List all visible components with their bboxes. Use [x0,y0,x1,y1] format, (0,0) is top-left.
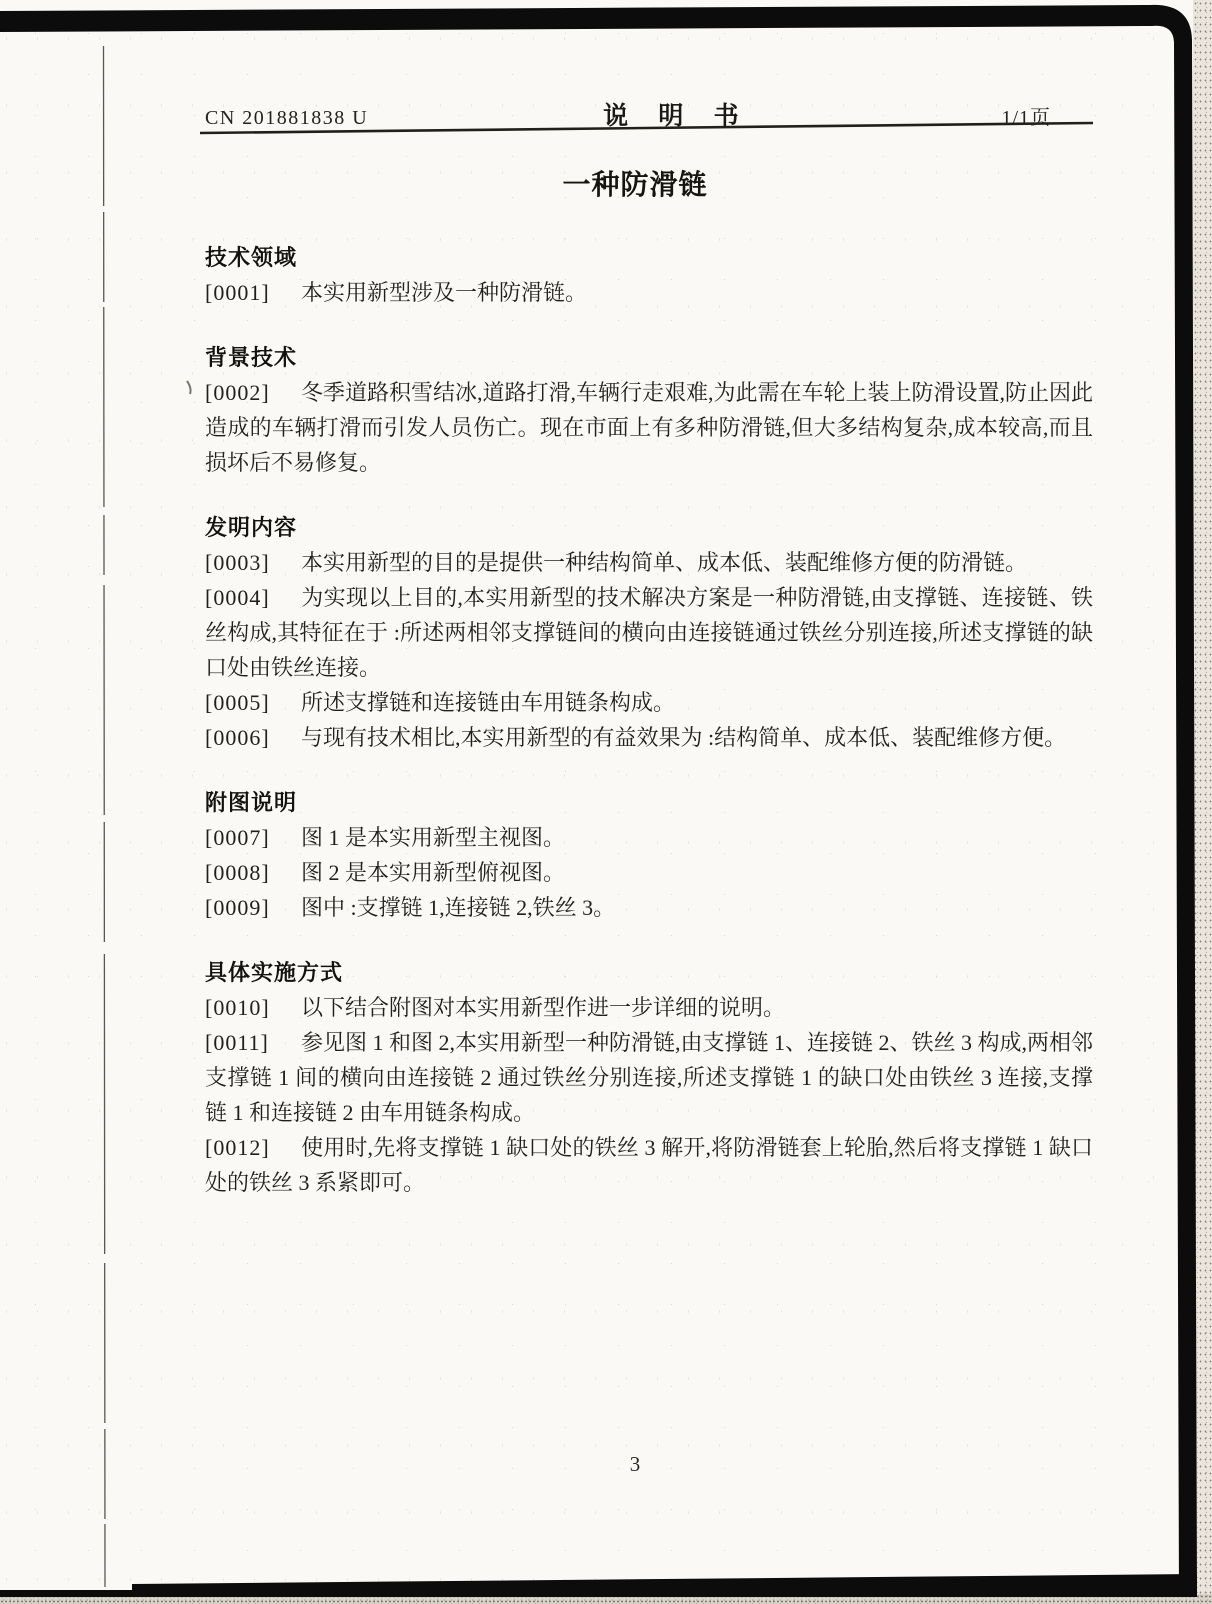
paragraph-text: 参见图 1 和图 2,本实用新型一种防滑链,由支撑链 1、连接链 2、铁丝 3 … [205,1030,1093,1125]
scanner-background-right [1193,0,1212,1604]
paragraph-text: 图中 :支撑链 1,连接链 2,铁丝 3。 [301,895,615,920]
paragraph: [0010]以下结合附图对本实用新型作进一步详细的说明。 [205,990,1093,1025]
paragraph: [0001]本实用新型涉及一种防滑链。 [205,275,1093,310]
paragraph: [0006]与现有技术相比,本实用新型的有益效果为 :结构简单、成本低、装配维修… [205,720,1093,755]
scanner-background-bottom [0,1594,1212,1604]
paragraph-tag: [0010] [205,990,301,1025]
paragraph-text: 本实用新型的目的是提供一种结构简单、成本低、装配维修方便的防滑链。 [301,550,1027,575]
paragraph-text: 与现有技术相比,本实用新型的有益效果为 :结构简单、成本低、装配维修方便。 [301,725,1066,750]
paragraph-text: 使用时,先将支撑链 1 缺口处的铁丝 3 解开,将防滑链套上轮胎,然后将支撑链 … [205,1135,1093,1195]
paragraph-text: 本实用新型涉及一种防滑链。 [301,280,587,305]
invention-title: 一种防滑链 [205,163,1065,203]
paragraph-tag: [0009] [205,890,301,925]
patent-number: CN 201881838 U [205,107,368,130]
section-invention-content: 发明内容 [0003]本实用新型的目的是提供一种结构简单、成本低、装配维修方便的… [205,510,1093,755]
paragraph-tag: [0003] [205,545,301,580]
paragraph-text: 冬季道路积雪结冰,道路打滑,车辆行走艰难,为此需在车轮上装上防滑设置,防止因此造… [205,380,1093,475]
paragraph-tag: [0006] [205,720,301,755]
noise-mark [187,381,191,394]
section-background-art: 背景技术 [0002]冬季道路积雪结冰,道路打滑,车辆行走艰难,为此需在车轮上装… [205,340,1093,480]
paragraph: [0011]参见图 1 和图 2,本实用新型一种防滑链,由支撑链 1、连接链 2… [205,1025,1093,1130]
paragraph: [0002]冬季道路积雪结冰,道路打滑,车辆行走艰难,为此需在车轮上装上防滑设置… [205,375,1093,480]
section-heading: 附图说明 [205,785,1093,820]
page-indicator: 1/1页 [1001,101,1051,130]
page-header: CN 201881838 U 说 明 书 1/1页 [205,96,1093,132]
doc-type-title: 说 明 书 [603,96,739,132]
paragraph-tag: [0012] [205,1130,301,1165]
page-number: 3 [205,1452,1065,1477]
paragraph-text: 图 2 是本实用新型俯视图。 [301,860,565,885]
section-embodiments: 具体实施方式 [0010]以下结合附图对本实用新型作进一步详细的说明。 [001… [205,955,1093,1200]
section-heading: 发明内容 [205,510,1093,545]
section-heading: 背景技术 [205,340,1093,375]
section-technical-field: 技术领域 [0001]本实用新型涉及一种防滑链。 [205,240,1093,310]
paragraph-tag: [0011] [205,1025,301,1060]
paragraph: [0007]图 1 是本实用新型主视图。 [205,820,1093,855]
paragraph-text: 所述支撑链和连接链由车用链条构成。 [301,690,675,715]
section-heading: 具体实施方式 [205,955,1093,990]
paragraph-text: 以下结合附图对本实用新型作进一步详细的说明。 [301,995,785,1020]
paragraph: [0012]使用时,先将支撑链 1 缺口处的铁丝 3 解开,将防滑链套上轮胎,然… [205,1130,1093,1200]
paragraph-tag: [0002] [205,375,301,410]
paragraph-tag: [0005] [205,685,301,720]
paragraph-tag: [0001] [205,275,301,310]
paragraph: [0009]图中 :支撑链 1,连接链 2,铁丝 3。 [205,890,1093,925]
paragraph-tag: [0007] [205,820,301,855]
page: CN 201881838 U 说 明 书 1/1页 一种防滑链 技术领域 [00… [0,0,1212,1604]
paragraph: [0008]图 2 是本实用新型俯视图。 [205,855,1093,890]
paragraph-text: 为实现以上目的,本实用新型的技术解决方案是一种防滑链,由支撑链、连接链、铁丝构成… [205,585,1093,680]
paragraph-text: 图 1 是本实用新型主视图。 [301,825,565,850]
paragraph: [0005]所述支撑链和连接链由车用链条构成。 [205,685,1093,720]
section-figure-description: 附图说明 [0007]图 1 是本实用新型主视图。 [0008]图 2 是本实用… [205,785,1093,925]
section-heading: 技术领域 [205,240,1093,275]
specification-body: 技术领域 [0001]本实用新型涉及一种防滑链。 背景技术 [0002]冬季道路… [205,240,1093,1200]
paragraph: [0003]本实用新型的目的是提供一种结构简单、成本低、装配维修方便的防滑链。 [205,545,1093,580]
paragraph: [0004]为实现以上目的,本实用新型的技术解决方案是一种防滑链,由支撑链、连接… [205,580,1093,685]
paragraph-tag: [0008] [205,855,301,890]
paragraph-tag: [0004] [205,580,301,615]
paper-fold-line [104,46,106,1587]
